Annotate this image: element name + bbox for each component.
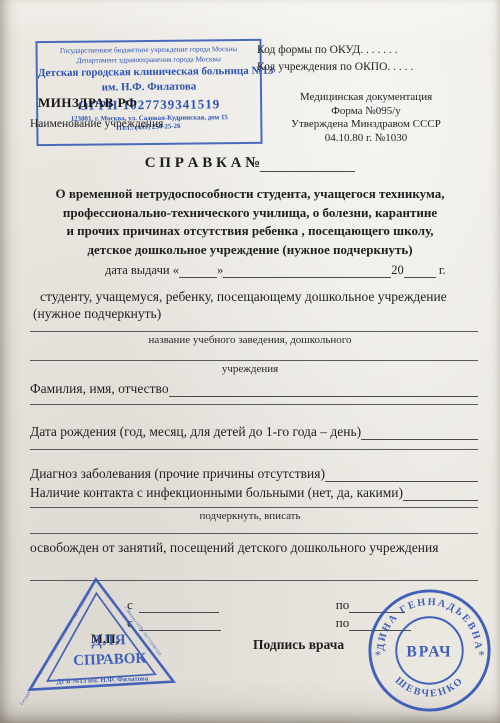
released-label: освобожден от занятий, посещений детског… [30,540,438,556]
birthdate-label: Дата рождения (год, месяц, для детей до … [30,424,361,440]
form-subtitle: О временной нетрудоспособности студента,… [0,185,500,259]
triangle-stamp: ДЛЯ СПРАВОК ДГБ №13 им. Н.Ф. Филатова Го… [20,575,192,705]
diagnosis-row: Диагноз заболевания (прочие причины отсу… [30,466,478,482]
full-name-field [169,383,478,397]
infection-contact-field [403,487,478,501]
round-stamp-star-right: * [478,648,484,662]
doctor-signature-label: Подпись врача [253,637,344,653]
to-label: по [336,597,349,613]
date-issued-label: дата выдачи [105,263,170,277]
stamp-department: Департамент здравоохранения города Москв… [38,54,260,65]
diagnosis-field [325,468,478,482]
infection-contact-label: Наличие контакта с инфекционными больным… [30,485,403,501]
contact-field-2 [30,507,478,508]
released-field-top-line [30,533,478,534]
year-field [404,264,436,278]
round-stamp-star-left: * [375,648,381,662]
addressee-line-2: (нужное подчеркнуть) [33,306,161,322]
full-name-field-2 [30,404,478,405]
doc-line-4: 04.10.80 г. №1030 [262,132,470,146]
form-title-text: С П Р А В К А № [145,155,261,171]
infection-contact-row: Наличие контакта с инфекционными больным… [30,485,478,501]
subtitle-line-3: и прочих причинах отсутствия ребенка , п… [0,222,500,241]
doctor-round-stamp: ДИНА ГЕННАДЬЕВНА ШЕВЧЕНКО ВРАЧ * * [366,587,493,714]
certificate-number-field [260,158,355,172]
subtitle-line-2: профессионально-технического училища, о … [0,204,500,223]
day-field [179,264,217,278]
school-name-field [30,331,478,332]
birthdate-field [361,426,478,440]
school-caption-1: название учебного заведения, дошкольного [0,334,500,346]
triangle-stamp-word1: ДЛЯ [91,632,127,649]
year-suffix: г. [439,263,446,277]
hospital-rect-stamp: Государственное бюджетное учреждение гор… [35,39,262,146]
full-name-row: Фамилия, имя, отчество [30,381,478,397]
birthdate-row: Дата рождения (год, месяц, для детей до … [30,424,478,440]
triangle-stamp-word2: СПРАВОК [73,651,147,670]
full-name-label: Фамилия, имя, отчество [30,381,169,397]
stamp-hospital-name: Детская городская клиническая больница №… [38,65,260,79]
okud-code-label: Код формы по ОКУД. . . . . . . [257,44,398,56]
month-field [223,264,391,278]
institution-name-label: Наименование учреждения [30,118,163,130]
okpo-code-label: Код учреждения по ОКПО. . . . . [257,61,413,73]
svg-text:ШЕВЧЕНКО: ШЕВЧЕНКО [393,675,466,700]
round-stamp-center-text: ВРАЧ [406,643,452,660]
addressee-line-1: студенту, учащемуся, ребенку, посещающем… [40,289,447,305]
ministry-label: МИНЗДРАВ РФ [38,95,137,111]
school-name-field-2 [30,360,478,361]
school-caption-2: учреждения [0,363,500,375]
doc-line-3: Утверждена Минздравом СССР [262,118,470,132]
medical-certificate-form-095u: Государственное бюджетное учреждение гор… [0,0,500,723]
date-issued-line: дата выдачи «»20 г. [105,263,446,278]
subtitle-line-4: детское дошкольное учреждение (нужное по… [0,241,500,260]
form-title: С П Р А В К А № [0,155,500,172]
to-label-2: по [336,615,349,631]
round-stamp-surname-arc: ШЕВЧЕНКО [393,675,466,700]
doc-approval-block: Медицинская документация Форма №095/у Ут… [262,91,470,145]
stamp-hospital-name-2: им. Н.Ф. Филатова [38,80,260,94]
diagnosis-label: Диагноз заболевания (прочие причины отсу… [30,466,325,482]
year-prefix: 20 [391,263,404,277]
doc-line-1: Медицинская документация [262,91,470,105]
triangle-stamp-right-edge-text: г. Москвы ОГРН 1027739341519 [123,605,162,656]
subtitle-line-1: О временной нетрудоспособности студента,… [0,185,500,204]
underline-caption: подчеркнуть, вписать [0,510,500,522]
doc-line-2: Форма №095/у [262,105,470,119]
birthdate-field-2 [30,449,478,450]
